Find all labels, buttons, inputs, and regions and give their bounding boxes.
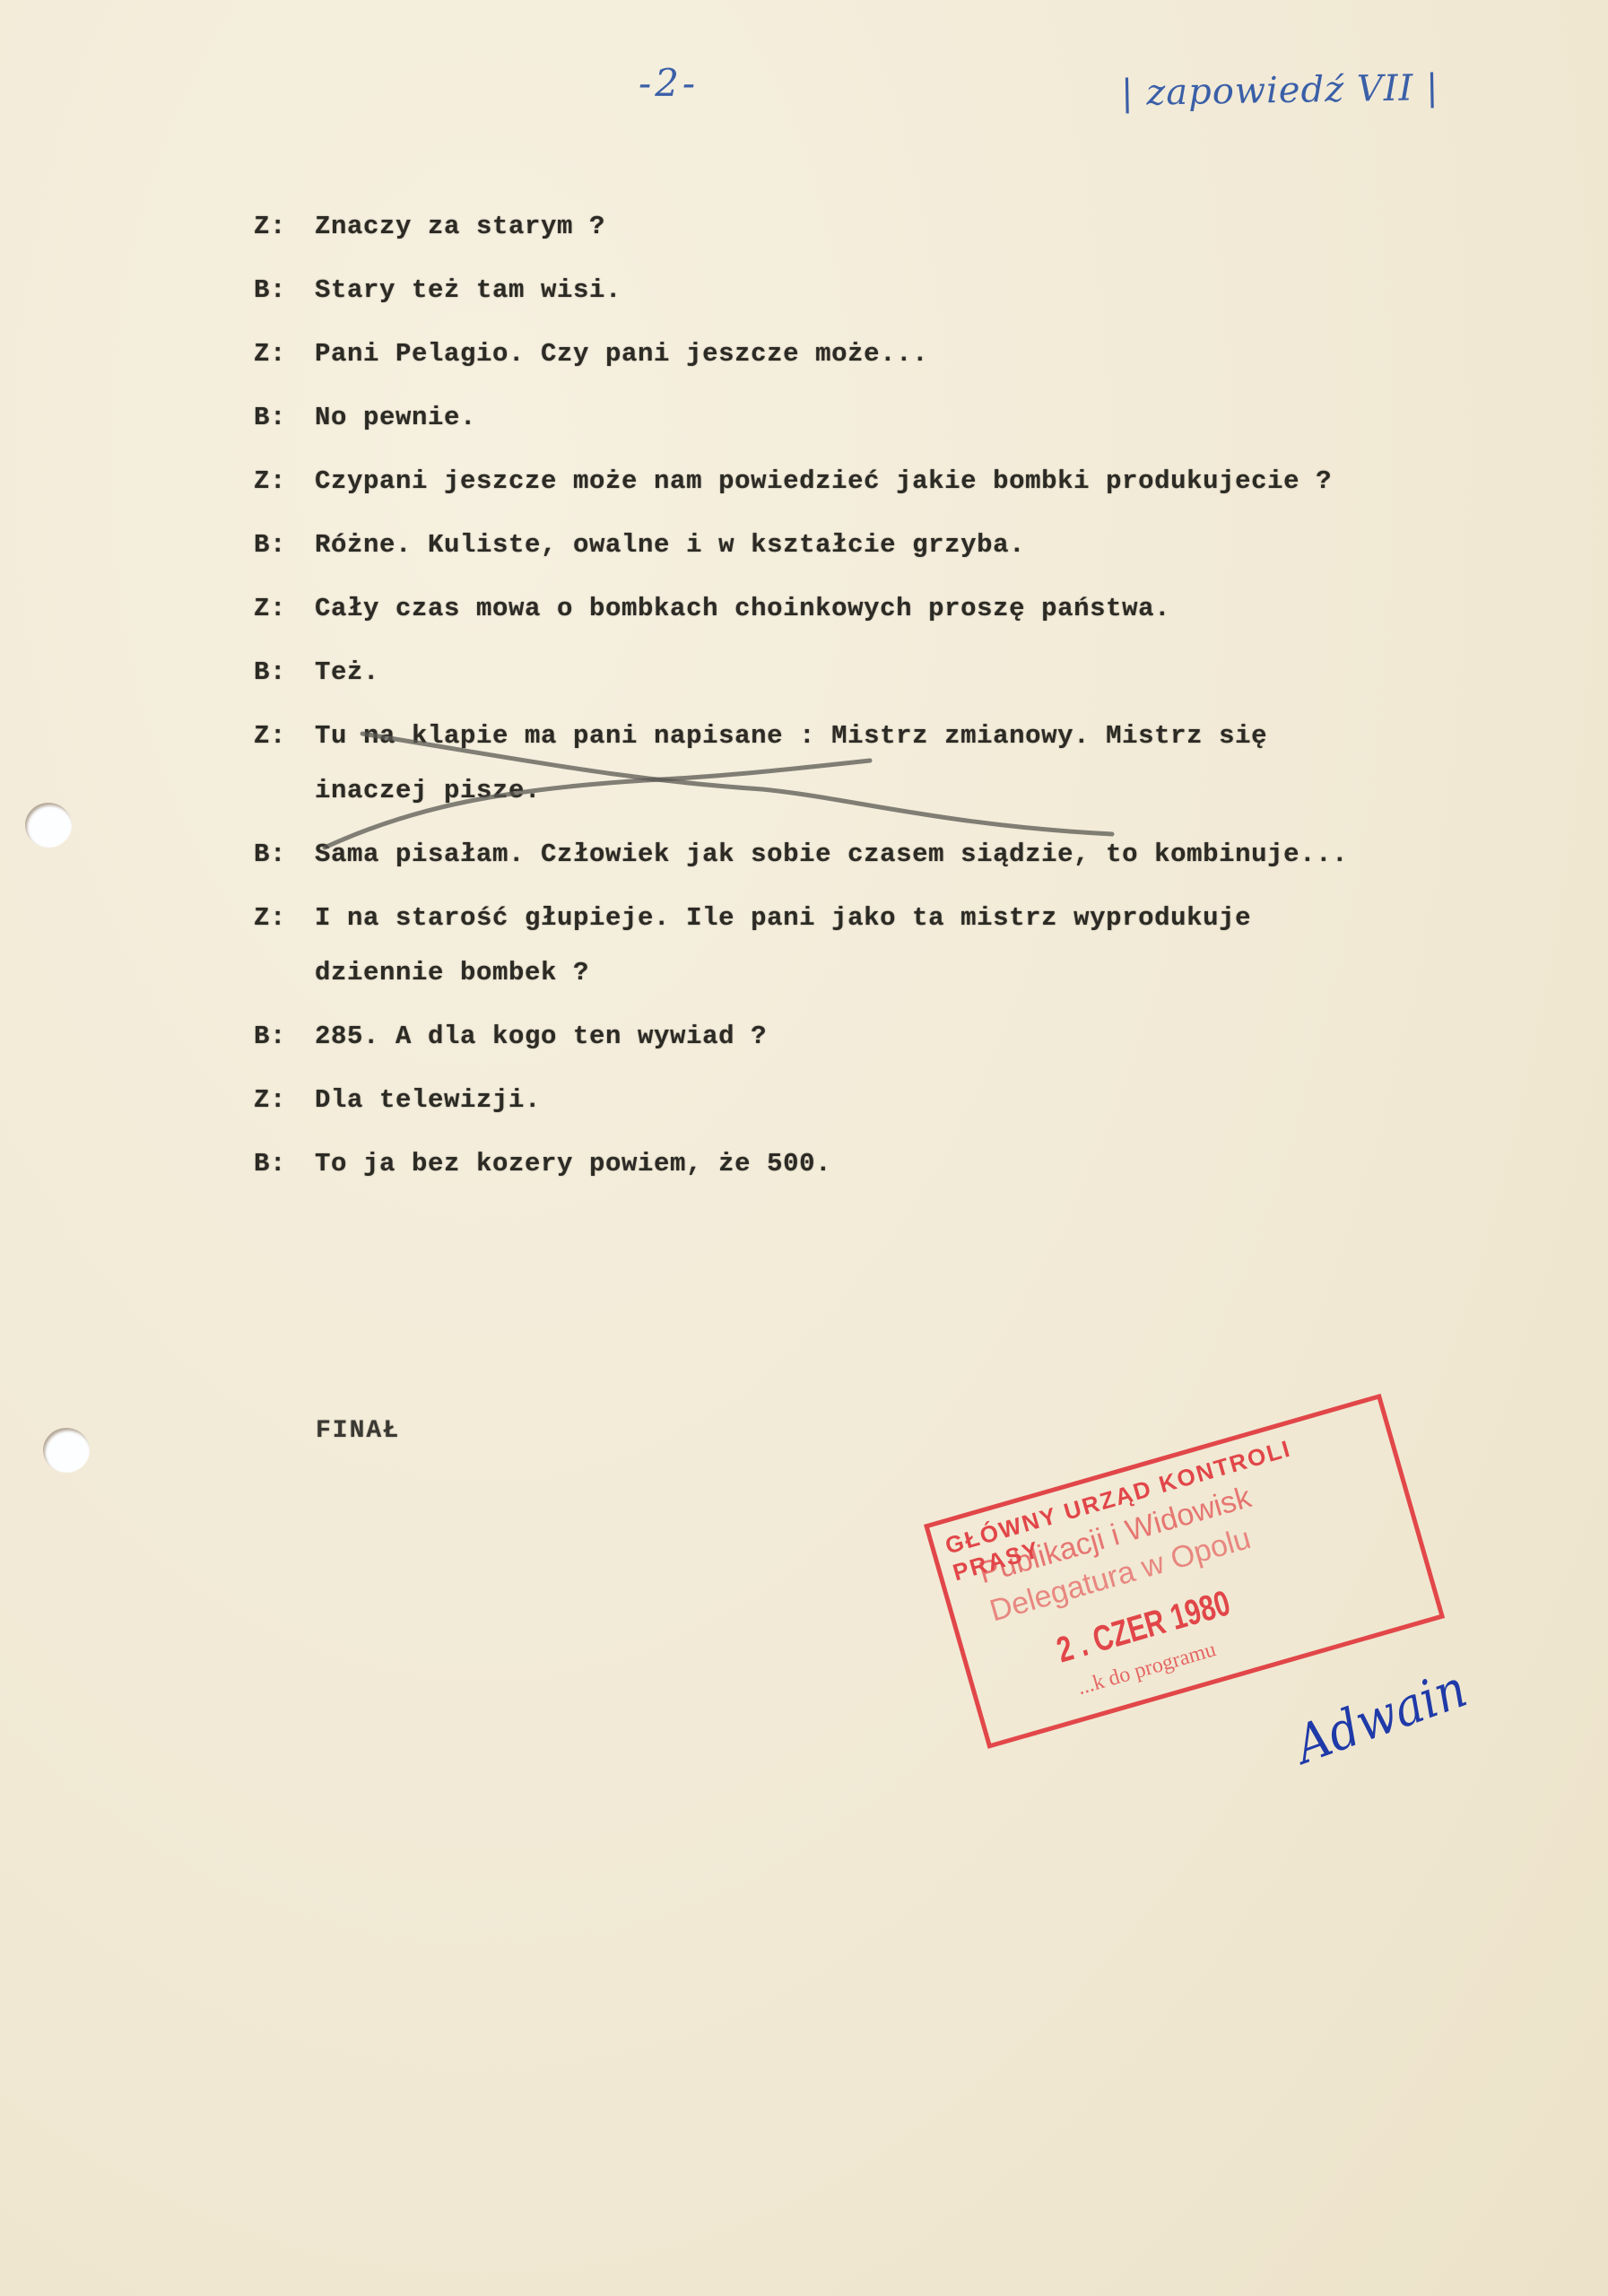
punch-hole-bottom — [43, 1428, 90, 1473]
speaker-label: Z: — [254, 334, 315, 375]
page-number: -2- — [639, 61, 699, 105]
punch-hole-top — [25, 803, 72, 848]
line-text: I na starość głupieje. Ile pani jako ta … — [315, 898, 1251, 939]
dialogue-line: B:Też. — [254, 652, 1581, 693]
dialogue-line: B:To ja bez kozery powiem, że 500. — [254, 1144, 1581, 1185]
line-text: Stary też tam wisi. — [315, 270, 621, 311]
line-text: Tu na klapie ma pani napisane : Mistrz z… — [315, 716, 1267, 757]
dialogue-line: Z:Dla telewizji. — [254, 1080, 1581, 1121]
line-text: Różne. Kuliste, owalne i w kształcie grz… — [315, 525, 1025, 566]
speaker-label: Z: — [254, 461, 315, 502]
line-text: Dla telewizji. — [315, 1080, 541, 1121]
line-text: Też. — [315, 652, 379, 693]
speaker-label: B: — [254, 1016, 315, 1057]
handwritten-annotation: | zapowiedź VII | — [1121, 67, 1439, 114]
dialogue-line: B:No pewnie. — [254, 397, 1581, 439]
speaker-label: B: — [254, 525, 315, 566]
dialogue-line: B:Stary też tam wisi. — [254, 270, 1581, 311]
dialogue-transcript: Z:Znaczy za starym ? B:Stary też tam wis… — [254, 206, 1581, 1207]
speaker-label: B: — [254, 834, 315, 875]
line-text: Cały czas mowa o bombkach choinkowych pr… — [315, 588, 1170, 630]
line-text: To ja bez kozery powiem, że 500. — [315, 1144, 831, 1185]
speaker-label — [254, 952, 315, 994]
dialogue-line: B:Różne. Kuliste, owalne i w kształcie g… — [254, 525, 1581, 566]
speaker-label: Z: — [254, 898, 315, 939]
dialogue-line: Z:Czypani jeszcze może nam powiedzieć ja… — [254, 461, 1581, 502]
dialogue-line-continuation: dziennie bombek ? — [254, 952, 1581, 994]
line-text: inaczej pisze. — [315, 770, 541, 812]
speaker-label: B: — [254, 1144, 315, 1185]
speaker-label: Z: — [254, 1080, 315, 1121]
speaker-label: Z: — [254, 588, 315, 630]
line-text: dziennie bombek ? — [315, 952, 589, 994]
line-text: Sama pisałam. Człowiek jak sobie czasem … — [315, 834, 1348, 875]
speaker-label: Z: — [254, 206, 315, 248]
line-text: Czypani jeszcze może nam powiedzieć jaki… — [315, 461, 1332, 502]
line-text: Pani Pelagio. Czy pani jeszcze może... — [315, 334, 928, 375]
dialogue-line: Z:Pani Pelagio. Czy pani jeszcze może... — [254, 334, 1581, 375]
dialogue-line: Z:I na starość głupieje. Ile pani jako t… — [254, 898, 1581, 939]
dialogue-line: Z:Tu na klapie ma pani napisane : Mistrz… — [254, 716, 1581, 757]
speaker-label: Z: — [254, 716, 315, 757]
speaker-label: B: — [254, 270, 315, 311]
signature: Adwain — [1287, 1657, 1474, 1775]
line-text: 285. A dla kogo ten wywiad ? — [315, 1016, 767, 1057]
dialogue-line-continuation: inaczej pisze. — [254, 770, 1581, 812]
line-text: Znaczy za starym ? — [315, 206, 605, 248]
speaker-label: B: — [254, 652, 315, 693]
speaker-label: B: — [254, 397, 315, 439]
speaker-label — [254, 770, 315, 812]
line-text: No pewnie. — [315, 397, 476, 439]
final-label: FINAŁ — [316, 1417, 400, 1445]
dialogue-line: B:285. A dla kogo ten wywiad ? — [254, 1016, 1581, 1057]
dialogue-line: B:Sama pisałam. Człowiek jak sobie czase… — [254, 834, 1581, 875]
dialogue-line: Z:Znaczy za starym ? — [254, 206, 1581, 248]
dialogue-line: Z:Cały czas mowa o bombkach choinkowych … — [254, 588, 1581, 630]
